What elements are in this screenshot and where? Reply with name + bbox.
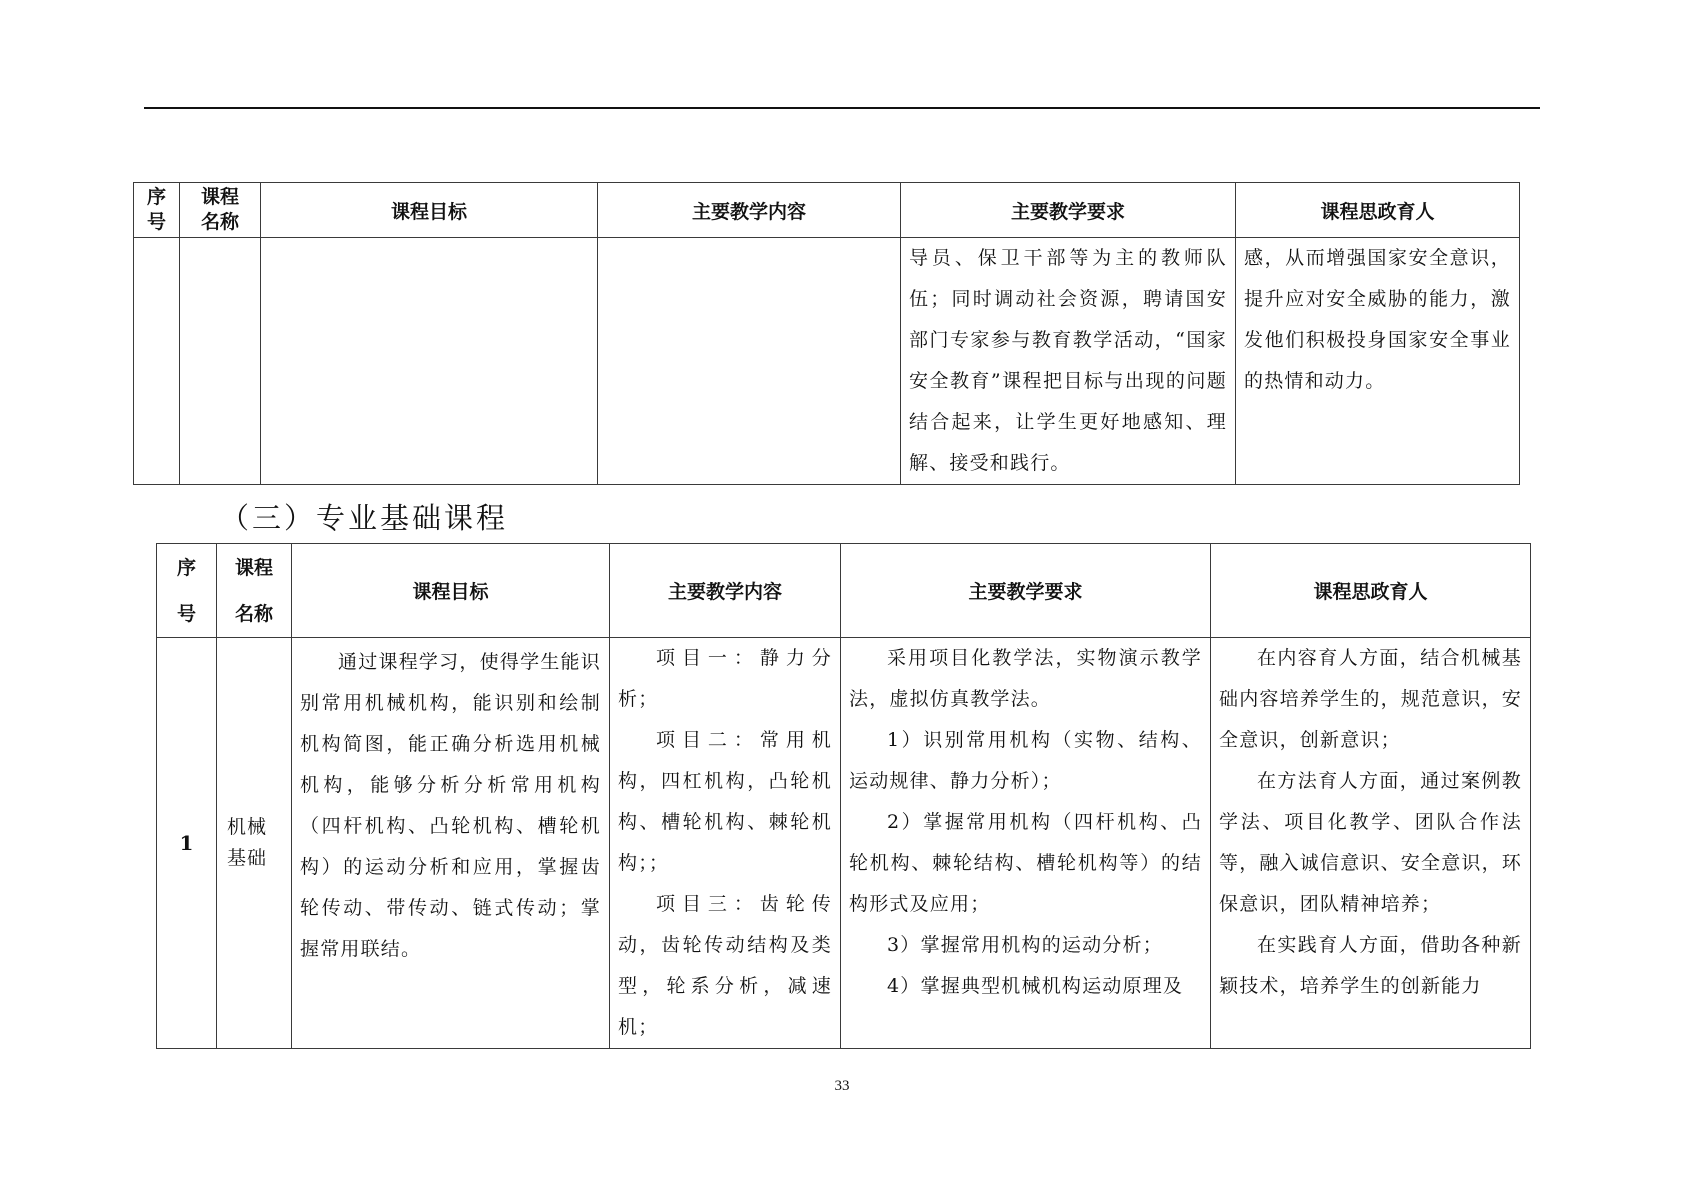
header-course-name-line1: 课程	[180, 185, 260, 210]
continued-course-table: 序 号 课程 名称 课程目标 主要教学内容 主要教学要求 课程思政育人 导员、保…	[133, 182, 1520, 485]
ideology-content: 在内容育人方面，结合机械基础内容培养学生的，规范意识，安全意识，创新意识；	[1219, 638, 1522, 761]
requirement-intro: 采用项目化教学法，实物演示教学法，虚拟仿真教学法。	[849, 638, 1202, 720]
ideology-method: 在方法育人方面，通过案例教学法、项目化教学、团队合作法等，融入诚信意识、安全意识…	[1219, 761, 1522, 925]
header-content: 主要教学内容	[598, 183, 901, 238]
course-name-line2: 基础	[227, 843, 291, 874]
header-course-name-line2: 名称	[217, 591, 291, 637]
objective-text: 通过课程学习，使得学生能识别常用机械机构，能识别和绘制机构简图，能正确分析选用机…	[300, 642, 601, 970]
header-content: 主要教学内容	[610, 544, 841, 638]
ideology-practice: 在实践育人方面，借助各种新颖技术，培养学生的创新能力	[1219, 925, 1522, 1007]
cell-objective	[261, 238, 598, 485]
cell-ideology: 在内容育人方面，结合机械基础内容培养学生的，规范意识，安全意识，创新意识； 在方…	[1211, 638, 1531, 1049]
header-index: 序 号	[157, 544, 217, 638]
cell-index: 1	[157, 638, 217, 1049]
header-index-line2: 号	[157, 591, 216, 637]
header-index-line2: 号	[134, 210, 179, 235]
course-name-line1: 机械	[227, 812, 291, 843]
cell-objective: 通过课程学习，使得学生能识别常用机械机构，能识别和绘制机构简图，能正确分析选用机…	[292, 638, 610, 1049]
header-ideology: 课程思政育人	[1211, 544, 1531, 638]
header-requirements: 主要教学要求	[901, 183, 1236, 238]
table-header-row: 序 号 课程 名称 课程目标 主要教学内容 主要教学要求 课程思政育人	[157, 544, 1531, 638]
cell-course-name: 机械 基础	[217, 638, 292, 1049]
header-course-name: 课程 名称	[180, 183, 261, 238]
header-index-line1: 序	[157, 545, 216, 591]
content-item-2: 项目二：常用机构，四杠机构，凸轮机构、槽轮机构、棘轮机构；；	[618, 720, 832, 884]
cell-requirements: 采用项目化教学法，实物演示教学法，虚拟仿真教学法。 1）识别常用机构（实物、结构…	[841, 638, 1211, 1049]
cell-content: 项目一：静力分析； 项目二：常用机构，四杠机构，凸轮机构、槽轮机构、棘轮机构；；…	[610, 638, 841, 1049]
header-ideology: 课程思政育人	[1236, 183, 1520, 238]
cell-course-name	[180, 238, 261, 485]
table-header-row: 序 号 课程 名称 课程目标 主要教学内容 主要教学要求 课程思政育人	[134, 183, 1520, 238]
requirement-2: 2）掌握常用机构（四杆机构、凸轮机构、棘轮结构、槽轮机构等）的结构形式及应用；	[849, 802, 1202, 925]
header-index-line1: 序	[134, 185, 179, 210]
header-course-name-line1: 课程	[217, 545, 291, 591]
header-objective: 课程目标	[261, 183, 598, 238]
requirement-1: 1）识别常用机构（实物、结构、运动规律、静力分析）；	[849, 720, 1202, 802]
cell-requirements: 导员、保卫干部等为主的教师队伍；同时调动社会资源，聘请国安部门专家参与教育教学活…	[901, 238, 1236, 485]
page-number: 33	[0, 1078, 1684, 1095]
requirement-4: 4）掌握典型机械机构运动原理及	[849, 966, 1202, 1007]
cell-ideology: 感，从而增强国家安全意识，提升应对安全威胁的能力，激发他们积极投身国家安全事业的…	[1236, 238, 1520, 485]
cell-index	[134, 238, 180, 485]
requirement-3: 3）掌握常用机构的运动分析；	[849, 925, 1202, 966]
table-row: 导员、保卫干部等为主的教师队伍；同时调动社会资源，聘请国安部门专家参与教育教学活…	[134, 238, 1520, 485]
table-row: 1 机械 基础 通过课程学习，使得学生能识别常用机械机构，能识别和绘制机构简图，…	[157, 638, 1531, 1049]
foundation-course-table: 序 号 课程 名称 课程目标 主要教学内容 主要教学要求 课程思政育人 1 机械…	[156, 543, 1531, 1049]
cell-content	[598, 238, 901, 485]
content-item-3: 项目三：齿轮传动，齿轮传动结构及类型，轮系分析，减速机；	[618, 884, 832, 1048]
header-index: 序 号	[134, 183, 180, 238]
header-course-name: 课程 名称	[217, 544, 292, 638]
section-heading: （三）专业基础课程	[220, 496, 508, 537]
header-rule	[144, 107, 1540, 109]
header-requirements: 主要教学要求	[841, 544, 1211, 638]
header-course-name-line2: 名称	[180, 210, 260, 235]
content-item-1: 项目一：静力分析；	[618, 638, 832, 720]
header-objective: 课程目标	[292, 544, 610, 638]
